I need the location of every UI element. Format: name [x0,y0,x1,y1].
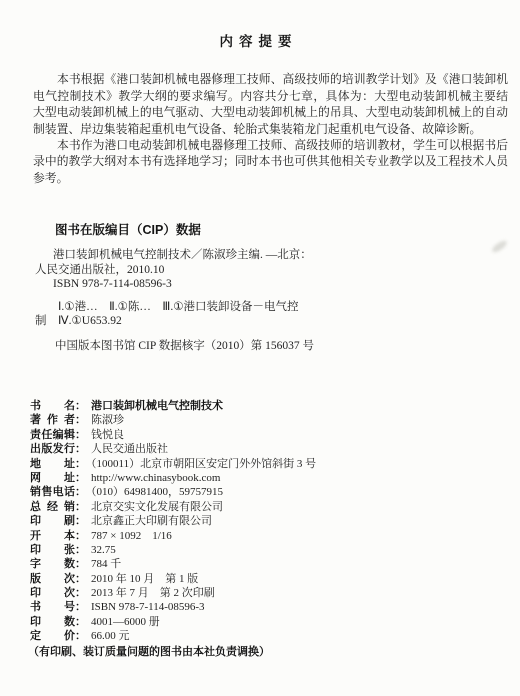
colophon-label: 定价 [30,629,75,643]
colophon-row-word-count: 字数：784 千 [30,557,508,571]
summary-body: 本书根据《港口装卸机械电器修理工技师、高级技师的培训教学计划》及《港口装卸机械 … [33,71,508,186]
colophon-label: 销售电话 [30,485,75,499]
colophon-colon: ： [75,429,86,441]
colophon-colon: ： [75,400,86,412]
colophon-value: 66.00 元 [91,630,130,642]
summary-line: 大型电动装卸机械上的电气驱动、大型电动装卸机械上的吊具、大型电动装卸机械上的自动… [33,104,508,121]
colophon-colon: ： [75,616,86,628]
colophon-label: 总经销 [30,500,75,514]
colophon-row-price: 定价：66.00 元 [30,629,508,643]
colophon-label: 出版发行 [30,442,75,456]
book-copyright-page: 内容提要 本书根据《港口装卸机械电器修理工技师、高级技师的培训教学计划》及《港口… [0,0,520,696]
colophon-colon: ： [75,544,86,556]
colophon-row-address: 地址：（100011）北京市朝阳区安定门外外馆斜街 3 号 [30,457,508,471]
colophon-value: 人民交通出版社 [91,443,168,455]
cip-heading: 图书在版编目（CIP）数据 [55,222,485,238]
colophon-value: 2010 年 10 月 第 1 版 [91,573,198,585]
colophon-row-publisher: 出版发行：人民交通出版社 [30,442,508,456]
colophon-label: 印刷 [30,514,75,528]
colophon-row-sales-phone: 销售电话：（010）64981400，59757915 [30,485,508,499]
content-summary-section: 内容提要 本书根据《港口装卸机械电器修理工技师、高级技师的培训教学计划》及《港口… [33,30,508,186]
cip-registry-line: 中国版本图书馆 CIP 数据核字（2010）第 156037 号 [35,339,485,354]
colophon-label: 书号 [30,600,75,614]
quality-exchange-note: （有印刷、装订质量问题的图书由本社负责调换） [28,643,270,659]
summary-line: 参考。 [33,170,508,186]
cip-isbn-line: ISBN 978-7-114-08596-3 [35,277,485,292]
cip-classification-line-1: Ⅰ.①港… Ⅱ.①陈… Ⅲ.①港口装卸设备－电气控 [35,300,485,315]
colophon-value: 787 × 1092 1/16 [91,530,172,542]
colophon-colon: ： [75,601,86,613]
colophon-row-distributor: 总经销：北京交实文化发展有限公司 [30,500,508,514]
colophon-label: 印张 [30,543,75,557]
summary-line: 电气控制技术》教学大纲的要求编写。内容共分七章，具体为：大型电动装卸机械主要结构… [33,88,508,105]
colophon-colon: ： [75,630,86,642]
colophon-row-author: 著作者：陈淑珍 [30,413,508,427]
colophon-row-sheets: 印张：32.75 [30,543,508,557]
colophon-label: 版次 [30,572,75,586]
colophon-value: 北京鑫正大印刷有限公司 [91,515,212,527]
colophon-row-website: 网址：http://www.chinasybook.com [30,471,508,485]
colophon-value: 钱悦良 [91,429,124,441]
colophon-value: 2013 年 7 月 第 2 次印刷 [91,587,215,599]
summary-line: 制装置、岸边集装箱起重机电气设备、轮胎式集装箱龙门起重机电气设备、故障诊断。 [33,121,508,137]
colophon-value: （010）64981400，59757915 [91,486,223,498]
colophon-colon: ： [75,501,86,513]
summary-line: 录中的教学大纲对本书有选择地学习；同时本书也可供其他相关专业教学以及工程技术人员 [33,153,508,169]
colophon-value: 陈淑珍 [91,414,124,426]
colophon-value: 4001—6000 册 [91,616,160,628]
colophon-colon: ： [75,558,86,570]
colophon-value: 784 千 [91,558,121,570]
colophon-colon: ： [75,443,86,455]
colophon-colon: ： [75,573,86,585]
summary-line: 本书作为港口电动装卸机械电器修理工技师、高级技师的培训教材，学生可以根据书后附 [33,137,508,154]
colophon-section: 书名：港口装卸机械电气控制技术 著作者：陈淑珍 责任编辑：钱悦良 出版发行：人民… [30,399,508,644]
colophon-colon: ： [75,587,86,599]
colophon-label: 印次 [30,586,75,600]
colophon-row-book-title: 书名：港口装卸机械电气控制技术 [30,399,508,413]
colophon-value: ISBN 978-7-114-08596-3 [91,601,205,613]
colophon-label: 责任编辑 [30,428,75,442]
colophon-label: 书名 [30,399,75,413]
colophon-value: 北京交实文化发展有限公司 [91,501,223,513]
colophon-value: （100011）北京市朝阳区安定门外外馆斜街 3 号 [91,458,316,470]
colophon-colon: ： [75,486,86,498]
summary-title: 内容提要 [21,30,496,50]
colophon-colon: ： [75,458,86,470]
scan-smudge-artifact [491,239,509,254]
colophon-colon: ： [75,530,86,542]
cip-section: 图书在版编目（CIP）数据 港口装卸机械电气控制技术／陈淑珍主编. —北京： 人… [35,222,485,353]
colophon-label: 地址 [30,457,75,471]
summary-line: 本书根据《港口装卸机械电器修理工技师、高级技师的培训教学计划》及《港口装卸机械 [33,71,508,88]
colophon-row-isbn: 书号：ISBN 978-7-114-08596-3 [30,600,508,614]
colophon-colon: ： [75,515,86,527]
colophon-colon: ： [75,414,86,426]
colophon-label: 著作者 [30,413,75,427]
colophon-row-impression: 印次：2013 年 7 月 第 2 次印刷 [30,586,508,600]
colophon-label: 印数 [30,615,75,629]
colophon-label: 网址 [30,471,75,485]
colophon-value: http://www.chinasybook.com [91,472,220,484]
colophon-row-editor: 责任编辑：钱悦良 [30,428,508,442]
colophon-value: 港口装卸机械电气控制技术 [91,400,223,412]
colophon-row-edition: 版次：2010 年 10 月 第 1 版 [30,572,508,586]
colophon-row-print-run: 印数：4001—6000 册 [30,615,508,629]
colophon-label: 字数 [30,557,75,571]
colophon-row-printer: 印刷：北京鑫正大印刷有限公司 [30,514,508,528]
cip-publisher-line: 人民交通出版社，2010.10 [35,263,485,278]
colophon-colon: ： [75,472,86,484]
colophon-row-format: 开本：787 × 1092 1/16 [30,529,508,543]
colophon-label: 开本 [30,529,75,543]
cip-title-line: 港口装卸机械电气控制技术／陈淑珍主编. —北京： [35,248,485,263]
cip-classification-line-2: 制 Ⅳ.①U653.92 [35,314,485,329]
colophon-value: 32.75 [91,544,116,556]
